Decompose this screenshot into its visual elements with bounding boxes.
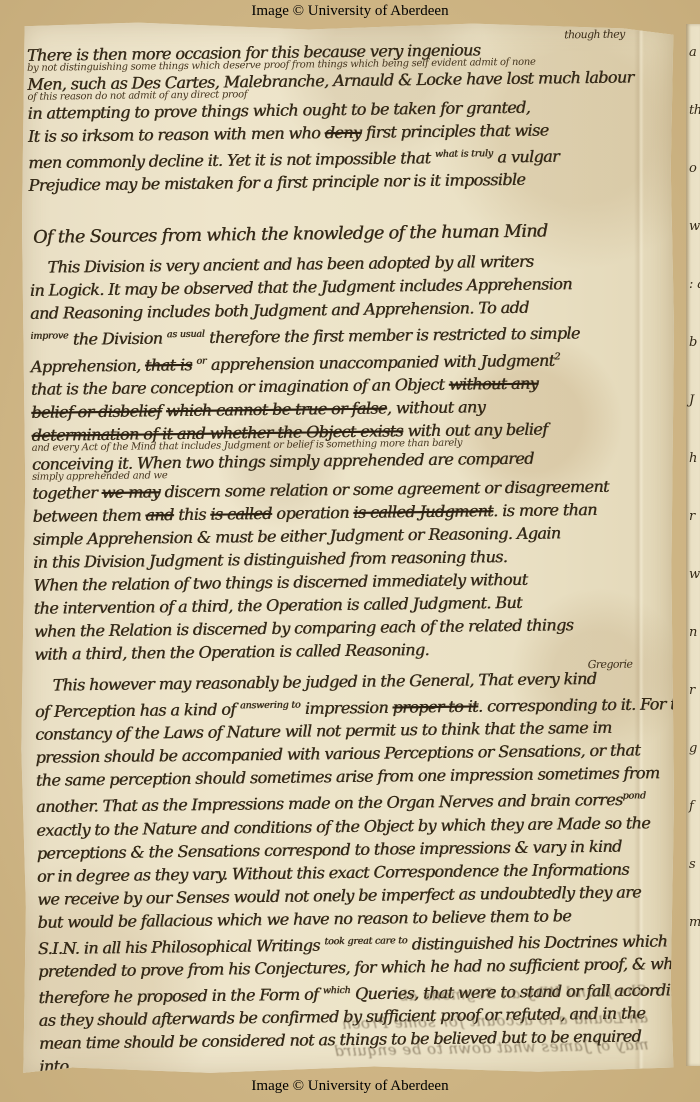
edge-text-fragment: : q bbox=[686, 256, 700, 314]
edge-text-fragment: m bbox=[686, 894, 700, 952]
edge-text-fragment: h bbox=[686, 430, 700, 488]
bottom-copyright-caption: Image © University of Aberdeen bbox=[0, 1078, 700, 1095]
edge-text-fragment: g bbox=[686, 720, 700, 778]
top-copyright-caption: Image © University of Aberdeen bbox=[0, 3, 700, 20]
edge-text-fragment: th bbox=[686, 82, 700, 140]
edge-text-fragment: s bbox=[686, 836, 700, 894]
edge-text-fragment: w bbox=[686, 198, 700, 256]
edge-text-fragment: J bbox=[686, 372, 700, 430]
edge-text-fragment: r bbox=[686, 488, 700, 546]
edge-text-fragment: f bbox=[686, 778, 700, 836]
manuscript-line: Of the Sources from which the knowledge … bbox=[33, 219, 661, 250]
edge-text-fragment: o bbox=[686, 140, 700, 198]
edge-text-fragment: b bbox=[686, 314, 700, 372]
edge-text-fragment: w bbox=[686, 546, 700, 604]
edge-text-fragment: n bbox=[686, 604, 700, 662]
manuscript-sheet: though theyThere is then more occasion f… bbox=[20, 21, 676, 1076]
page-background: { "captions": { "top": "Image © Universi… bbox=[0, 0, 700, 1102]
adjacent-page-edge: athow: qbJhrwnrgfsm bbox=[686, 24, 700, 1066]
manuscript-text-block: though theyThere is then more occasion f… bbox=[27, 28, 672, 1078]
edge-text-fragment: a bbox=[686, 24, 700, 82]
edge-text-fragment: r bbox=[686, 662, 700, 720]
